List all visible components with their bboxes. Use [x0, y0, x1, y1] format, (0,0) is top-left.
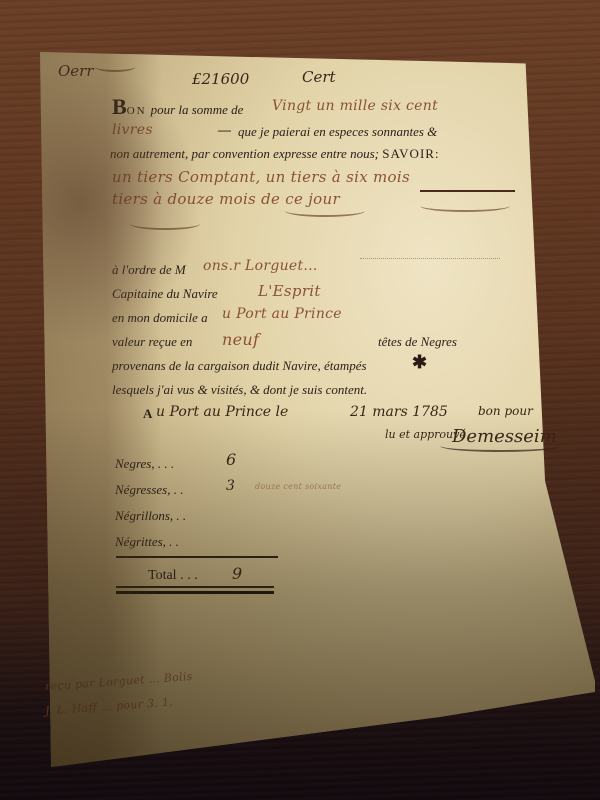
bon-dash: —: [218, 122, 231, 138]
flourish-1: [130, 218, 200, 230]
capitaine-value: L'Esprit: [258, 282, 321, 300]
ordre-label: à l'ordre de M: [112, 262, 186, 278]
valeur-suffix: têtes de Negres: [378, 334, 457, 350]
bon-line1-printed: pour la somme de: [151, 102, 244, 117]
tally-row-negres-value: 6: [226, 450, 236, 469]
terms-line1: un tiers Comptant, un tiers à six mois: [112, 168, 410, 186]
savoir-label: SAVOIR:: [382, 146, 439, 161]
dateline-a: A: [143, 406, 152, 422]
tally-bottom-rule-2: [116, 591, 274, 594]
lesquels-line: lesquels j'ai vus & visités, & dont je s…: [112, 382, 367, 398]
bon-initial: B: [112, 94, 127, 119]
tally-bottom-rule-1: [116, 586, 274, 588]
tally-row-negrillons-label: Négrillons, . .: [115, 508, 186, 524]
tally-total-value: 9: [232, 564, 242, 583]
dateline-date: 21 mars 1785: [350, 404, 448, 420]
tally-faint-note: douze cent soixante: [255, 482, 341, 491]
currency-note: Cert: [302, 68, 336, 86]
domicile-value: u Port au Prince: [222, 306, 342, 322]
provenans-line: provenans de la cargaison dudit Navire, …: [112, 358, 367, 374]
tally-row-negresses-label: Négresses, . .: [115, 482, 184, 498]
flourish-3: [420, 200, 510, 212]
dateline-note: bon pour: [478, 404, 533, 418]
bon-line2-printed: que je paierai en especes sonnantes &: [238, 124, 437, 140]
terms-rule: [420, 190, 515, 192]
ordre-value: ons.r Lorguet...: [203, 258, 318, 274]
bon-livres: livres: [112, 122, 153, 138]
valeur-label: valeur reçue en: [112, 334, 192, 350]
bon-rest: ON: [127, 105, 147, 117]
bon-amount-words: Vingt un mille six cent: [272, 98, 438, 114]
domicile-label: en mon domicile a: [112, 310, 208, 326]
capitaine-label: Capitaine du Navire: [112, 286, 218, 302]
amount: £21600: [192, 70, 249, 88]
tally-row-negresses-value: 3: [226, 478, 235, 494]
bon-line3-text: non autrement, par convention expresse e…: [110, 146, 379, 161]
header-mark: Oerr: [58, 62, 94, 80]
tally-top-rule: [116, 556, 278, 558]
ordre-rule: [360, 258, 500, 259]
signature-flourish: [440, 440, 560, 452]
valeur-value: neuf: [222, 330, 259, 349]
tally-row-negres-label: Negres, . . .: [115, 456, 174, 472]
tally-total-label: Total . . .: [148, 568, 198, 584]
dateline-place: u Port au Prince le: [156, 404, 288, 420]
bon-line3-printed: non autrement, par convention expresse e…: [110, 146, 440, 162]
bon-heading: BON pour la somme de: [112, 94, 243, 120]
stamp-mark-icon: ✱: [412, 352, 427, 373]
header-flourish: [95, 62, 135, 72]
tally-row-negrittes-label: Négrittes, . .: [115, 534, 179, 550]
flourish-2: [285, 205, 365, 217]
